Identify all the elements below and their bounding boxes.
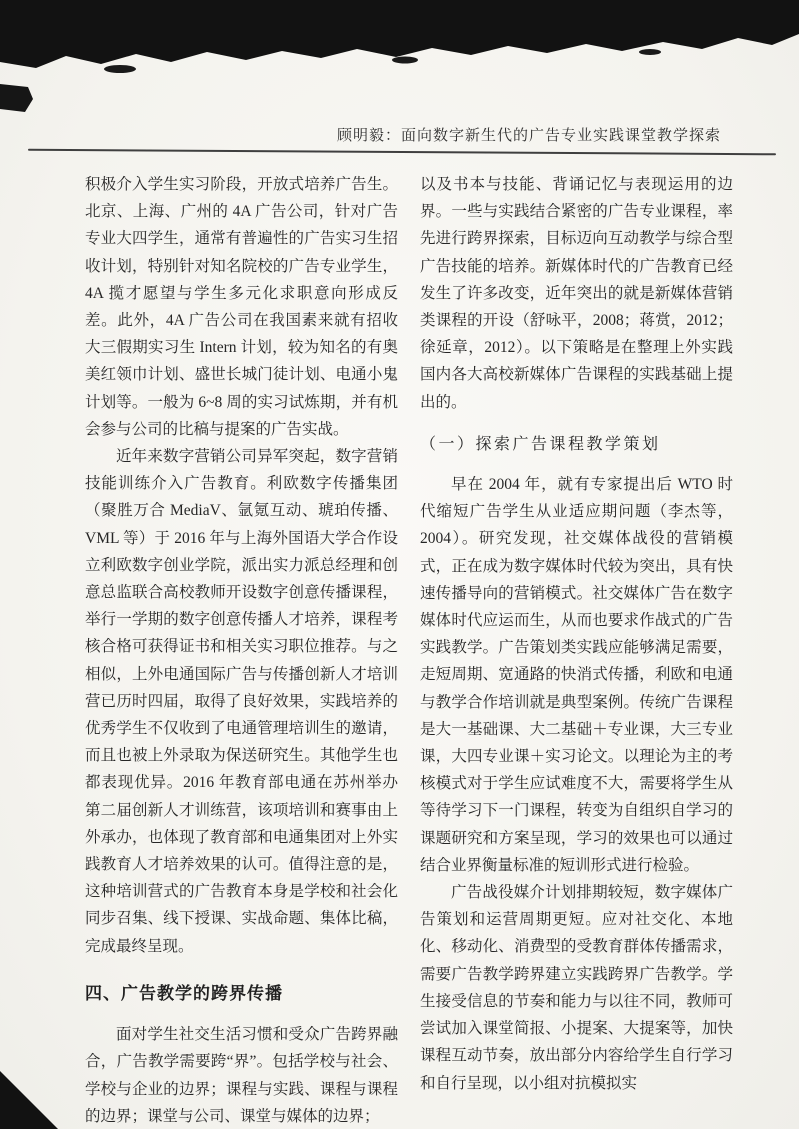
scan-artifact-top-band xyxy=(0,0,799,120)
section-heading-crossover: 四、广告教学的跨界传播 xyxy=(85,980,398,1007)
paragraph-campaign: 广告战役媒介计划排期较短，数字媒体广告策划和运营周期更短。应对社交化、本地化、移… xyxy=(420,879,733,1097)
header-divider xyxy=(28,149,776,156)
right-column: 以及书本与技能、背诵记忆与表现运用的边界。一些与实践结合紧密的广告专业课程，率先… xyxy=(420,171,733,1123)
subsection-heading-strategy: （一）探索广告课程教学策划 xyxy=(420,431,733,458)
paragraph-internship: 积极介入学生实习阶段，开放式培养广告生。北京、上海、广州的 4A 广告公司，针对… xyxy=(85,171,398,443)
paragraph-boundaries: 以及书本与技能、背诵记忆与表现运用的边界。一些与实践结合紧密的广告专业课程，率先… xyxy=(420,171,733,416)
paragraph-crossover: 面对学生社交生活习惯和受众广告跨界融合，广告教学需要跨“界”。包括学校与社会、学… xyxy=(85,1021,398,1123)
scan-artifact-bottom-left-corner xyxy=(0,1067,80,1129)
left-column: 积极介入学生实习阶段，开放式培养广告生。北京、上海、广州的 4A 广告公司，针对… xyxy=(85,171,398,1123)
paragraph-strategy: 早在 2004 年，就有专家提出后 WTO 时代缩短广告学生从业适应期问题（李杰… xyxy=(420,471,733,879)
running-title: 顾明毅：面向数字新生代的广告专业实践课堂教学探索 xyxy=(337,124,721,145)
paragraph-digital-training: 近年来数字营销公司异军突起，数字营销技能训练介入广告教育。利欧数字传播集团（聚胜… xyxy=(85,443,398,960)
scanned-paper-page: 顾明毅：面向数字新生代的广告专业实践课堂教学探索 积极介入学生实习阶段，开放式培… xyxy=(0,0,799,1129)
